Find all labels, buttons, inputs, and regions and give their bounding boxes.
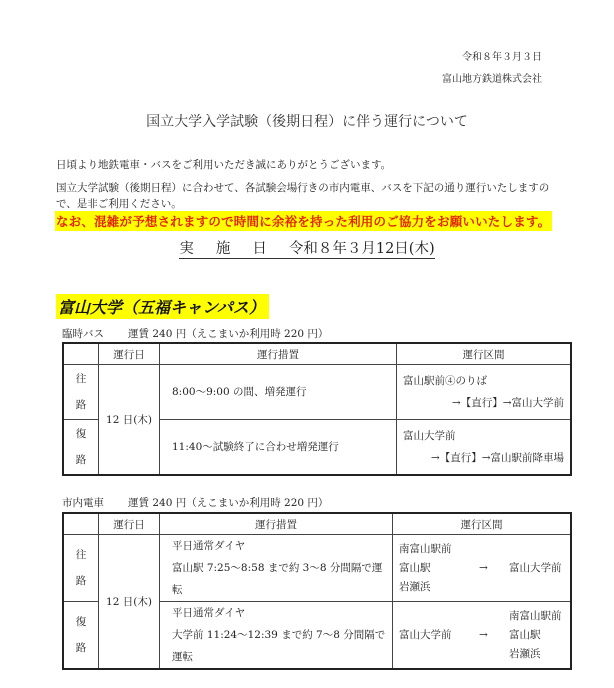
tram-fare-line: 市内電車運賃 240 円（えこまいか利用時 220 円） bbox=[62, 495, 328, 510]
company-name: 富山地方鉄道株式会社 bbox=[442, 70, 542, 85]
intro-line-3: で、是非ご利用ください。 bbox=[56, 196, 182, 211]
operation-measure: 11:40～試験終了に合わせ増発運行 bbox=[160, 420, 397, 475]
section-heading: 富山大学（五福キャンパス） bbox=[56, 294, 269, 319]
section-to: →【直行】→富山大学前 bbox=[403, 392, 564, 414]
tram-fare: 運賃 240 円（えこまいか利用時 220 円） bbox=[128, 497, 328, 509]
bus-fare: 運賃 240 円（えこまいか利用時 220 円） bbox=[128, 328, 328, 340]
direction-outbound: 往路 bbox=[63, 535, 99, 602]
stop-origin: 富山駅 bbox=[399, 559, 479, 578]
direction-outbound: 往路 bbox=[63, 365, 99, 420]
stop-origin: 岩瀬浜 bbox=[399, 578, 479, 597]
arrow-icon: → bbox=[479, 626, 509, 645]
col-header-direction bbox=[63, 513, 99, 535]
col-header-section: 運行区間 bbox=[397, 343, 572, 365]
operation-day: 12 日(木) bbox=[99, 535, 160, 670]
intro-line-2: 国立大学試験（後期日程）に合わせて、各試験会場行きの市内電車、バスを下記の通り運… bbox=[56, 180, 549, 195]
tram-schedule-table: 運行日 運行措置 運行区間 往路 12 日(木) 平日通常ダイヤ 富山駅 7:2… bbox=[62, 512, 572, 670]
stop-destination: 南富山駅前 bbox=[509, 607, 564, 626]
col-header-direction bbox=[63, 343, 99, 365]
implementation-date: 実施日令和８年３月12日(木) bbox=[0, 237, 614, 258]
col-header-measure: 運行措置 bbox=[160, 513, 393, 535]
crowding-notice: なお、混雑が予想されますので時間に余裕を持った利用のご協力をお願いいたします。 bbox=[55, 211, 552, 231]
section-from: 富山大学前 bbox=[403, 425, 564, 447]
impl-label-1: 実 bbox=[179, 241, 194, 257]
stop-destination: 岩瀬浜 bbox=[509, 645, 564, 664]
measure-line-1: 平日通常ダイヤ bbox=[172, 535, 392, 557]
implementation-date-underlined: 実施日令和８年３月12日(木) bbox=[179, 241, 434, 259]
tram-type-label: 市内電車 bbox=[62, 497, 104, 509]
measure-line-1: 平日通常ダイヤ bbox=[172, 602, 392, 624]
col-header-day: 運行日 bbox=[99, 513, 160, 535]
intro-line-1: 日頃より地鉄電車・バスをご利用いただき誠にありがとうございます。 bbox=[56, 157, 391, 172]
table-row: 往路 12 日(木) 8:00～9:00 の間、増発運行 富山駅前④のりば →【… bbox=[63, 365, 571, 420]
table-header-row: 運行日 運行措置 運行区間 bbox=[63, 343, 571, 365]
table-row: 往路 12 日(木) 平日通常ダイヤ 富山駅 7:25～8:58 まで約 3～8… bbox=[63, 535, 571, 602]
operation-day: 12 日(木) bbox=[99, 365, 160, 475]
operation-measure: 8:00～9:00 の間、増発運行 bbox=[160, 365, 397, 420]
col-header-section: 運行区間 bbox=[393, 513, 572, 535]
operation-measure: 平日通常ダイヤ 大学前 11:24～12:39 まで約 7～8 分間隔で運転 bbox=[160, 602, 393, 670]
col-header-day: 運行日 bbox=[99, 343, 160, 365]
operation-measure: 平日通常ダイヤ 富山駅 7:25～8:58 まで約 3～8 分間隔で運転 bbox=[160, 535, 393, 602]
col-header-measure: 運行措置 bbox=[160, 343, 397, 365]
direction-return: 復路 bbox=[63, 420, 99, 475]
operation-section: 南富山駅前 富山大学前→富山駅 岩瀬浜 bbox=[393, 602, 572, 670]
stop-origin: 富山大学前 bbox=[399, 626, 479, 645]
stop-origin: 南富山駅前 bbox=[399, 540, 479, 559]
table-header-row: 運行日 運行措置 運行区間 bbox=[63, 513, 571, 535]
stop-destination: 富山駅 bbox=[509, 626, 564, 645]
operation-section: 富山駅前④のりば →【直行】→富山大学前 bbox=[397, 365, 572, 420]
bus-schedule-table: 運行日 運行措置 運行区間 往路 12 日(木) 8:00～9:00 の間、増発… bbox=[62, 342, 572, 476]
bus-fare-line: 臨時バス運賃 240 円（えこまいか利用時 220 円） bbox=[62, 326, 328, 341]
operation-section: 富山大学前 →【直行】→富山駅前降車場 bbox=[397, 420, 572, 475]
impl-label-3: 日 bbox=[252, 241, 267, 257]
direction-return: 復路 bbox=[63, 602, 99, 670]
document-title: 国立大学入学試験（後期日程）に伴う運行について bbox=[0, 111, 614, 131]
section-from: 富山駅前④のりば bbox=[403, 370, 564, 392]
impl-date-value: 令和８年３月12日(木) bbox=[289, 241, 435, 257]
stop-destination: 富山大学前 bbox=[509, 559, 564, 578]
section-to: →【直行】→富山駅前降車場 bbox=[403, 447, 564, 469]
measure-line-2: 富山駅 7:25～8:58 まで約 3～8 分間隔で運転 bbox=[172, 557, 392, 601]
operation-section: 南富山駅前 富山駅→富山大学前 岩瀬浜 bbox=[393, 535, 572, 602]
measure-line-2: 大学前 11:24～12:39 まで約 7～8 分間隔で運転 bbox=[172, 624, 392, 668]
document-date: 令和８年３月３日 bbox=[462, 48, 542, 63]
impl-label-2: 施 bbox=[216, 241, 231, 257]
arrow-icon: → bbox=[479, 559, 509, 578]
bus-type-label: 臨時バス bbox=[62, 328, 104, 340]
